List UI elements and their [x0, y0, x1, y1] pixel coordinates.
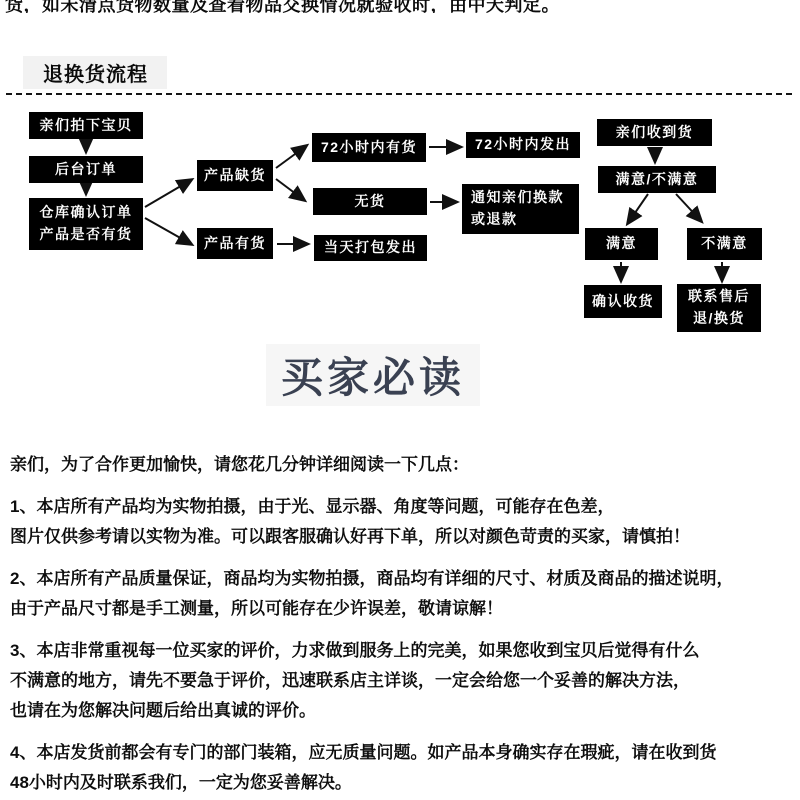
flow-node-warehouse-check: 仓库确认订单 产品是否有货 [29, 198, 143, 250]
notice-item-2: 2、本店所有产品质量保证，商品均为实物拍摄，商品均有详细的尺寸、材质及商品的描述… [10, 564, 796, 624]
flow-node-in-stock: 产品有货 [197, 228, 273, 259]
flow-node-ship-72h: 72小时内发出 [466, 132, 580, 158]
must-read-banner: 买家必读 [266, 344, 480, 406]
flow-node-out-of-stock: 产品缺货 [197, 160, 273, 191]
flow-node-order-placed: 亲们拍下宝贝 [29, 112, 143, 139]
flow-node-confirm-receipt: 确认收货 [584, 285, 662, 318]
notice-item-3: 3、本店非常重视每一位买家的评价，力求做到服务上的完美，如果您收到宝贝后觉得有什… [10, 636, 796, 726]
returns-flowchart: 亲们拍下宝贝 后台订单 仓库确认订单 产品是否有货 产品缺货 产品有货 72小时… [0, 0, 800, 340]
notice-item-1: 1、本店所有产品均为实物拍摄，由于光、显示器、角度等问题，可能存在色差， 图片仅… [10, 492, 796, 552]
flow-arrow [145, 218, 191, 244]
must-read-title: 买家必读 [281, 345, 465, 405]
flow-node-notify-exchange-refund: 通知亲们换款 或退款 [462, 184, 579, 234]
flow-arrow [628, 194, 648, 223]
flow-arrow [276, 179, 304, 200]
notice-intro: 亲们，为了合作更加愉快，请您花几分钟详细阅读一下几点： [10, 450, 796, 480]
flow-node-stock-72h: 72小时内有货 [312, 133, 426, 162]
flow-node-backend-order: 后台订单 [29, 156, 143, 183]
flow-node-no-stock: 无货 [313, 188, 427, 215]
flow-node-goods-received: 亲们收到货 [597, 119, 712, 146]
flow-arrow [145, 180, 191, 207]
flow-node-not-satisfied: 不满意 [687, 228, 762, 260]
flow-node-ship-same-day: 当天打包发出 [314, 235, 427, 261]
flow-node-satisfied: 满意 [585, 228, 658, 260]
flow-node-satisfied-or-not: 满意/不满意 [598, 166, 716, 193]
flow-node-contact-aftersales: 联系售后 退/换货 [677, 284, 761, 332]
flow-arrow [276, 146, 306, 168]
notice-item-4: 4、本店发货前都会有专门的部门装箱，应无质量问题。如产品本身确实存在瑕疵，请在收… [10, 738, 796, 798]
page: 货，如未清点货物数量及查看物品交换情况就验收时，由中天判定。 退换货流程 [0, 0, 800, 800]
flow-arrow [676, 194, 701, 221]
